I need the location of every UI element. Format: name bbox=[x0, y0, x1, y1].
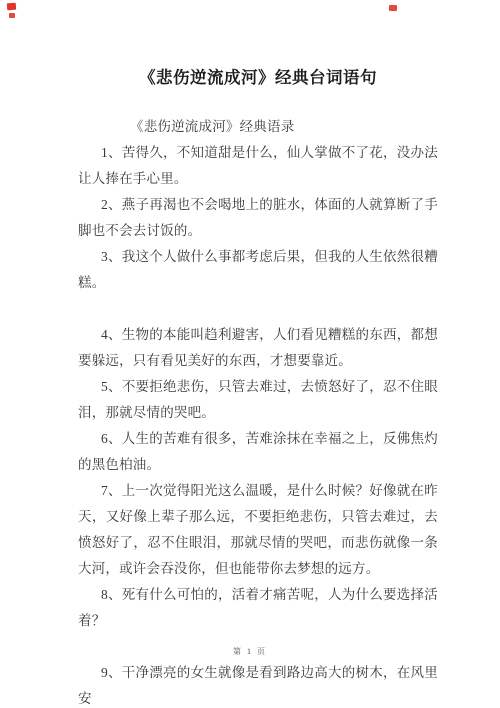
quote-paragraph-8: 8、死有什么可怕的，活着才痛苦呢，人为什么要选择活着？ bbox=[78, 582, 438, 634]
quote-paragraph-6: 6、人生的苦难有很多，苦难涂抹在幸福之上，反佛焦灼的黑色柏油。 bbox=[78, 426, 438, 478]
red-artifact-icon bbox=[9, 13, 15, 18]
document-body: 《悲伤逆流成河》经典台词语句 《悲伤逆流成河》经典语录 1、苦得久，不知道甜是什… bbox=[78, 0, 438, 708]
quote-paragraph-3: 3、我这个人做什么事都考虑后果，但我的人生依然很糟糕。 bbox=[78, 244, 438, 296]
quote-paragraph-1: 1、苦得久，不知道甜是什么，仙人掌做不了花，没办法让人捧在手心里。 bbox=[78, 140, 438, 192]
document-subtitle: 《悲伤逆流成河》经典语录 bbox=[78, 114, 438, 140]
quote-paragraph-5: 5、不要拒绝悲伤，只管去难过，去愤怒好了，忍不住眼泪，那就尽情的哭吧。 bbox=[78, 374, 438, 426]
quote-paragraph-7: 7、上一次觉得阳光这么温暖，是什么时候？好像就在昨天，又好像上辈子那么远，不要拒… bbox=[78, 478, 438, 582]
quote-paragraph-9: 9、干净漂亮的女生就像是看到路边高大的树木，在风里安 bbox=[78, 660, 438, 708]
page-number: 第 1 页 bbox=[0, 646, 500, 657]
document-page: 《悲伤逆流成河》经典台词语句 《悲伤逆流成河》经典语录 1、苦得久，不知道甜是什… bbox=[0, 0, 500, 708]
quote-paragraph-2: 2、燕子再渴也不会喝地上的脏水，体面的人就算断了手脚也不会去讨饭的。 bbox=[78, 192, 438, 244]
quote-paragraph-4: 4、生物的本能叫趋利避害，人们看见糟糕的东西，都想要躲远，只有看见美好的东西，才… bbox=[78, 322, 438, 374]
red-artifact-icon bbox=[7, 3, 16, 11]
page-title: 《悲伤逆流成河》经典台词语句 bbox=[78, 64, 438, 92]
